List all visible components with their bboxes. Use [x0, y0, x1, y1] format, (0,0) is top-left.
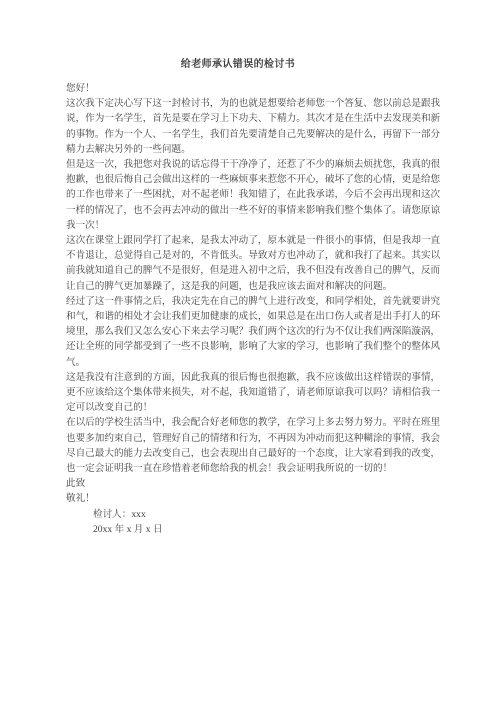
letter-title: 给老师承认错误的检讨书 [50, 57, 426, 72]
date-line: 20xx 年 x 月 x 日 [66, 522, 444, 537]
paragraph-apology: 但是这一次，我把您对我说的话忘得干干净净了，还惹了不少的麻烦去烦扰您，我真的很抱… [66, 157, 444, 233]
paragraph-intro: 这次我下定决心写下这一封检讨书，为的也就是想要给老师您一个答复、您以前总是跟我说… [66, 96, 444, 157]
letter-body: 您好！ 这次我下定决心写下这一封检讨书，为的也就是想要给老师您一个答复、您以前总… [66, 81, 444, 537]
closing-respect-line: 敬礼！ [66, 491, 444, 506]
paragraph-promise: 在以后的学校生活当中，我会配合好老师您的教学，在学习上多去努力努力。平时在班里也… [66, 415, 444, 476]
paragraph-reflection: 经过了这一件事情之后，我决定先在自己的脾气上进行改变，和同学相处，首先就要讲究和… [66, 294, 444, 370]
paragraph-regret: 这是我没有注意到的方面，因此我真的很后悔也很抱歉，我不应该做出这样错误的事情，更… [66, 370, 444, 416]
closing-salute-line: 此致 [66, 476, 444, 491]
signer-line: 检讨人：xxx [66, 507, 444, 522]
letter-page: 给老师承认错误的检讨书 您好！ 这次我下定决心写下这一封检讨书，为的也就是想要给… [0, 0, 500, 708]
salutation-line: 您好！ [66, 81, 444, 96]
paragraph-incident: 这次在课堂上跟同学打了起来，是我太冲动了，原本就是一件很小的事情，但是我却一直不… [66, 233, 444, 294]
